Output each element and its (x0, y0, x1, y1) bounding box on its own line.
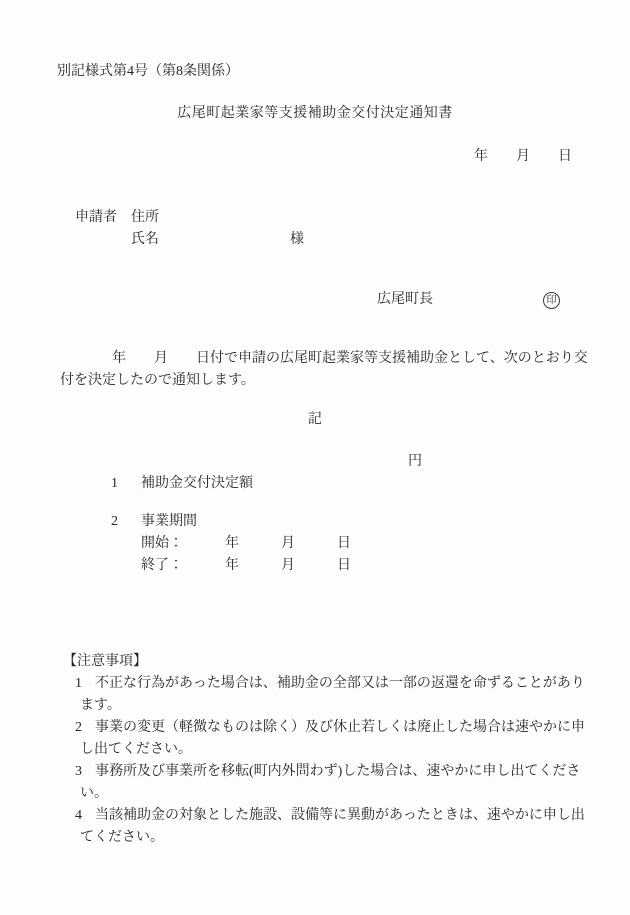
applicant-label: 申請者 (75, 210, 117, 225)
note-number: 3 (75, 764, 82, 779)
name-label: 氏名 (131, 232, 159, 247)
page-title: 広尾町起業家等支援補助金交付決定通知書 (0, 103, 630, 125)
seal-placeholder-icon: 印 (543, 292, 560, 309)
note-number: 2 (75, 720, 82, 735)
body-line: 付を決定したので通知します。 (60, 370, 592, 392)
note-number: 4 (75, 808, 82, 823)
form-number: 別記様式第4号（第8条関係） (57, 61, 239, 83)
yen-unit-label: 円 (408, 451, 422, 473)
issuer-title: 広尾町長 (377, 289, 433, 311)
document-page: 別記様式第4号（第8条関係） 広尾町起業家等支援補助金交付決定通知書 年 月 日… (0, 0, 630, 915)
applicant-block: 申請者住所 氏名 様 (75, 207, 159, 251)
note-number: 1 (75, 676, 82, 691)
section-marker-ki: 記 (0, 409, 630, 431)
period-end-row: 終了：年 月 日 (127, 533, 351, 599)
note-text: 事務所及び事業所を移転(町内外問わず)した場合は、速やかに申し出てください。 (80, 764, 580, 801)
note-text: 不正な行為があった場合は、補助金の全部又は一部の返還を命ずることがあります。 (80, 676, 585, 713)
period-end-date-blanks: 年 月 日 (225, 558, 351, 573)
note-item: 1不正な行為があった場合は、補助金の全部又は一部の返還を命ずることがあります。 (63, 673, 585, 717)
applicant-address-row: 申請者住所 (75, 207, 159, 229)
note-item: 2事業の変更（軽微なものは除く）及び休止若しくは廃止した場合は速やかに申し出てく… (63, 717, 585, 761)
address-label: 住所 (131, 210, 159, 225)
notes-section: 【注意事項】 1不正な行為があった場合は、補助金の全部又は一部の返還を命ずること… (63, 651, 585, 849)
note-item: 3事務所及び事業所を移転(町内外問わず)した場合は、速やかに申し出てください。 (63, 761, 585, 805)
body-paragraph: 年 月 日付で申請の広尾町起業家等支援補助金として、次のとおり交 付を決定したの… (60, 348, 592, 392)
note-text: 当該補助金の対象とした施設、設備等に異動があったときは、速やかに申し出てください… (80, 808, 585, 845)
applicant-name-row: 氏名 (75, 229, 159, 251)
body-line: 年 月 日付で申請の広尾町起業家等支援補助金として、次のとおり交 (60, 348, 592, 370)
notes-heading: 【注意事項】 (63, 651, 585, 673)
date-blank-line: 年 月 日 (474, 146, 572, 168)
note-item: 4当該補助金の対象とした施設、設備等に異動があったときは、速やかに申し出てくださ… (63, 805, 585, 849)
note-text: 事業の変更（軽微なものは除く）及び休止若しくは廃止した場合は速やかに申し出てくだ… (80, 720, 585, 757)
honorific-label: 様 (290, 229, 304, 251)
period-end-label: 終了： (141, 558, 183, 573)
